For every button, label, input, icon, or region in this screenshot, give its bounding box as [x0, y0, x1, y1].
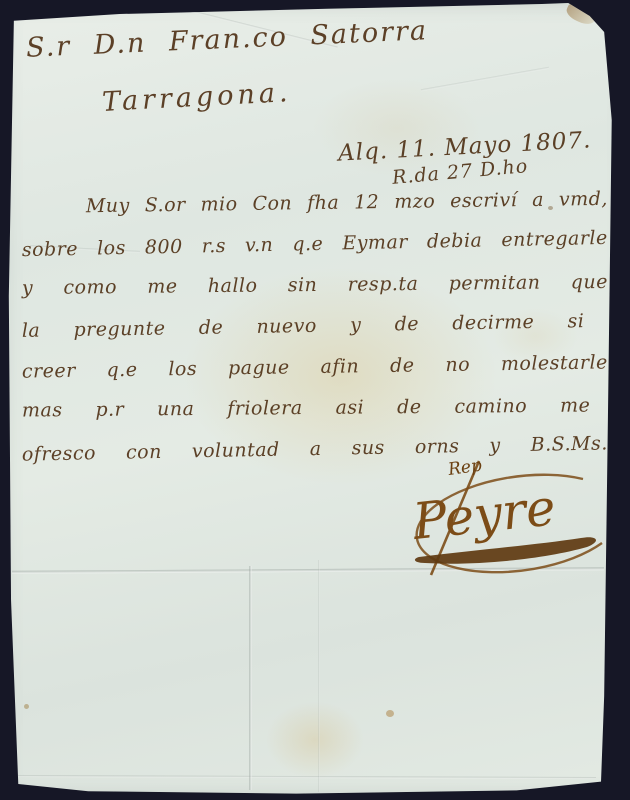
corner-fold-mark: [564, 1, 598, 28]
recipient-name-line: S.r D.n Fran.co Satorra: [26, 15, 429, 64]
paper-wrinkle: [421, 67, 549, 92]
ink-spot-stain: [386, 710, 394, 717]
ink-spot-stain: [24, 704, 29, 709]
signature-block: Rep Peyre: [385, 453, 613, 587]
bottom-fold-crease: [16, 775, 596, 779]
letter-body: Muy S.or mio Con fha 12 mzo escriví a vm…: [22, 192, 608, 479]
signature-name: Peyre: [409, 478, 558, 551]
scanned-letter-background: S.r D.n Fran.co Satorra Tarragona. Alq. …: [0, 0, 630, 800]
letter-body-line: creer q.e los pague afin de no molestarl…: [22, 351, 609, 401]
signature-annotation: Rep: [446, 455, 483, 480]
recipient-city-line: Tarragona.: [101, 77, 292, 118]
vertical-fold-crease-faint: [318, 560, 320, 792]
vertical-fold-crease: [249, 566, 252, 790]
letter-paper: S.r D.n Fran.co Satorra Tarragona. Alq. …: [0, 0, 630, 800]
